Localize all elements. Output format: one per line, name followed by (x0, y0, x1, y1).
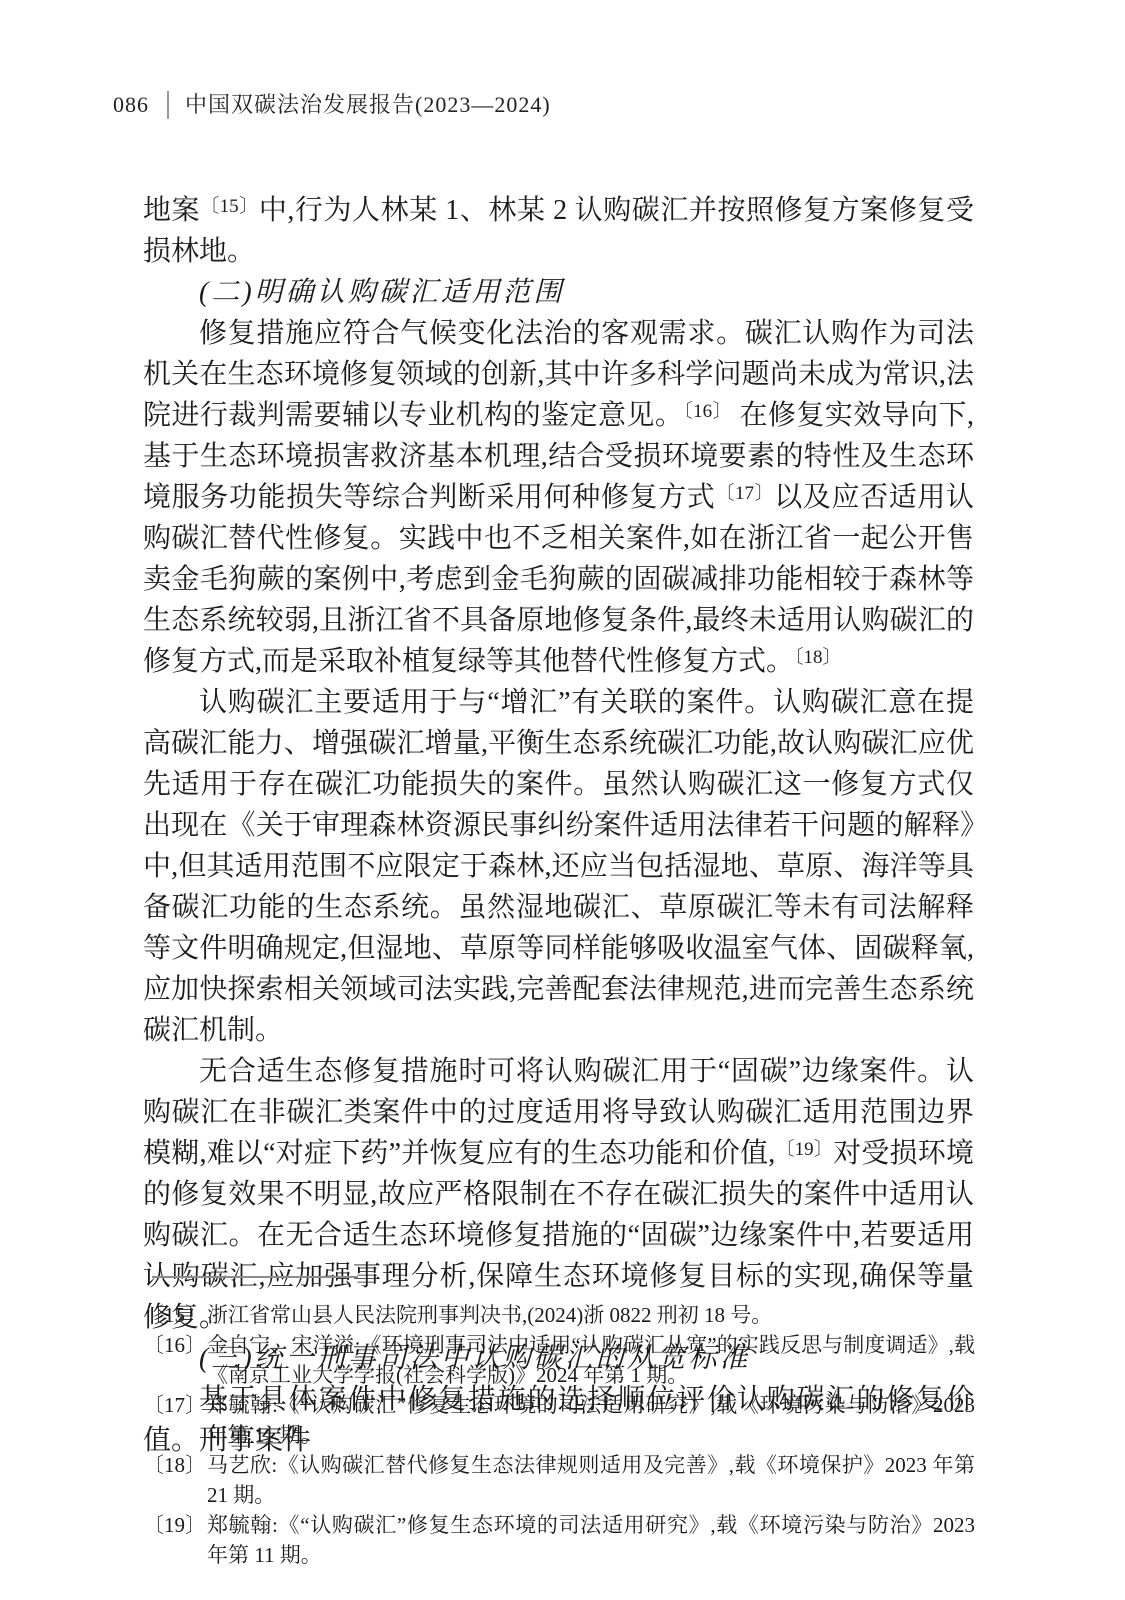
footnotes-section: 〔15〕 浙江省常山县人民法院刑事判决书,(2024)浙 0822 刑初 18 … (143, 1262, 975, 1570)
header-divider (167, 91, 169, 119)
footnote-reference: 〔19〕 (775, 1139, 833, 1160)
text-run: 中,行为人林某 1、林某 2 认购碳汇并按照修复方案修复受损林地。 (143, 195, 974, 267)
footnote-marker: 〔19〕 (143, 1510, 207, 1570)
footnote-text: 浙江省常山县人民法院刑事判决书,(2024)浙 0822 刑初 18 号。 (207, 1300, 975, 1330)
paragraph-carbon-sink-increase: 认购碳汇主要适用于与“增汇”有关联的案件。认购碳汇意在提高碳汇能力、增强碳汇增量… (143, 682, 974, 1051)
footnote-item-17: 〔17〕 郑毓翰:《“认购碳汇”修复生态环境的司法适用研究》,载《环境污染与防治… (143, 1390, 975, 1450)
footnote-reference: 〔18〕 (794, 647, 842, 668)
page-number: 086 (113, 90, 149, 120)
footnote-item-18: 〔18〕 马艺欣:《认购碳汇替代修复生态法律规则适用及完善》,载《环境保护》20… (143, 1450, 975, 1510)
footnote-marker: 〔15〕 (143, 1300, 207, 1330)
footnote-marker: 〔18〕 (143, 1450, 207, 1510)
footnote-text: 郑毓翰:《“认购碳汇”修复生态环境的司法适用研究》,载《环境污染与防治》2023… (207, 1390, 975, 1450)
footnote-text: 金自宁、宋洋溢:《环境刑事司法中适用“认购碳汇从宽”的实践反思与制度调适》,载《… (207, 1330, 975, 1390)
footnote-reference: 〔17〕 (715, 483, 774, 504)
text-run: 地案 (143, 195, 200, 226)
book-title: 中国双碳法治发展报告(2023—2024) (185, 90, 551, 120)
footnote-reference: 〔16〕 (683, 401, 732, 422)
footnote-item-16: 〔16〕 金自宁、宋洋溢:《环境刑事司法中适用“认购碳汇从宽”的实践反思与制度调… (143, 1330, 975, 1390)
document-page: 086 中国双碳法治发展报告(2023—2024) 地案〔15〕中,行为人林某 … (0, 0, 1125, 1600)
running-header: 086 中国双碳法治发展报告(2023—2024) (113, 90, 551, 120)
footnote-item-15: 〔15〕 浙江省常山县人民法院刑事判决书,(2024)浙 0822 刑初 18 … (143, 1300, 975, 1330)
text-run: 认购碳汇主要适用于与“增汇”有关联的案件。认购碳汇意在提高碳汇能力、增强碳汇增量… (143, 687, 974, 1046)
section-heading-two: (二)明确认购碳汇适用范围 (143, 272, 974, 313)
footnote-text: 郑毓翰:《“认购碳汇”修复生态环境的司法适用研究》,载《环境污染与防治》2023… (207, 1510, 975, 1570)
paragraph-applicable-scope: 修复措施应符合气候变化法治的客观需求。碳汇认购作为司法机关在生态环境修复领域的创… (143, 313, 974, 682)
footnote-separator-rule (152, 1276, 358, 1278)
footnote-item-19: 〔19〕 郑毓翰:《“认购碳汇”修复生态环境的司法适用研究》,载《环境污染与防治… (143, 1510, 975, 1570)
footnote-text: 马艺欣:《认购碳汇替代修复生态法律规则适用及完善》,载《环境保护》2023 年第… (207, 1450, 975, 1510)
footnote-reference: 〔15〕 (200, 196, 259, 217)
footnote-marker: 〔17〕 (143, 1390, 207, 1450)
paragraph-case-continuation: 地案〔15〕中,行为人林某 1、林某 2 认购碳汇并按照修复方案修复受损林地。 (143, 190, 974, 272)
footnote-marker: 〔16〕 (143, 1330, 207, 1390)
